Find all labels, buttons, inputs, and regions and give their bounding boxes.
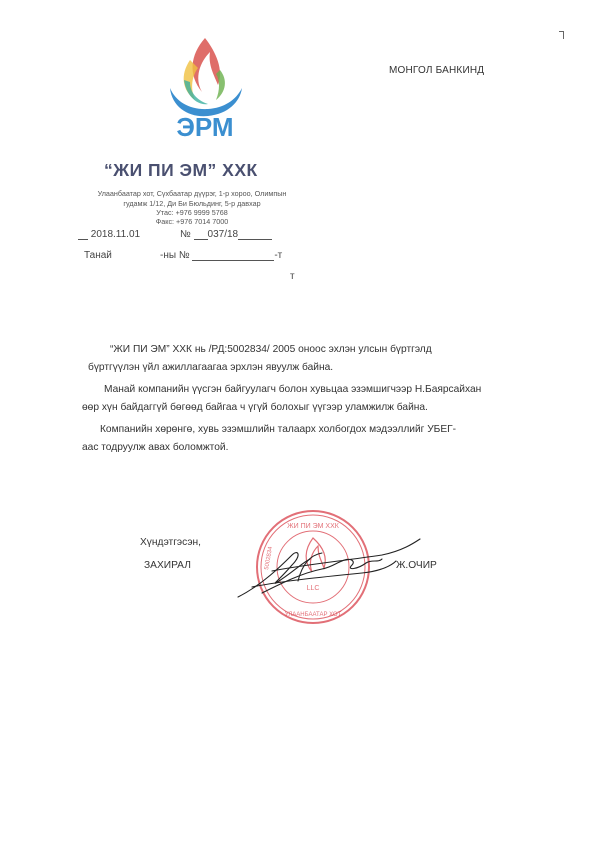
flame-logo-icon bbox=[170, 38, 242, 116]
number-label: № bbox=[180, 229, 191, 240]
reply-prefix: Танай bbox=[84, 250, 112, 261]
letter-date-field: 2018.11.01 bbox=[78, 229, 140, 240]
seal-text-bottom: УЛААНБААТАР ХОТ bbox=[285, 612, 342, 618]
phone-line: Утас: +976 9999 5768 bbox=[82, 208, 302, 217]
paragraph-1-line-2: бүртгүүлэн үйл ажиллагаагаа эрхлэн явуул… bbox=[88, 362, 333, 373]
company-name: “ЖИ ПИ ЭМ” ХХК bbox=[104, 160, 258, 181]
reply-reference-field: -ны № -т bbox=[160, 250, 282, 261]
reply-mid: -ны № bbox=[160, 250, 190, 261]
corner-mark bbox=[559, 31, 564, 39]
address-line: Улаанбаатар хот, Сүхбаатар дүүрэг, 1-р х… bbox=[82, 189, 302, 198]
letter-number-field: № 037/18 bbox=[180, 229, 272, 240]
handwritten-signature bbox=[232, 525, 422, 605]
reply-underline bbox=[192, 250, 274, 261]
paragraph-3-line-1: Компанийн хөрөнгө, хувь эзэмшлийн талаар… bbox=[100, 424, 456, 435]
recipient: МОНГОЛ БАНКИНД bbox=[389, 65, 484, 76]
fax-line: Факс: +976 7014 7000 bbox=[82, 217, 302, 226]
company-logo: ЭРМ bbox=[150, 30, 260, 140]
number-underline bbox=[194, 229, 208, 240]
closing-salutation: Хүндэтгэсэн, bbox=[140, 537, 201, 548]
letter-number: 037/18 bbox=[208, 229, 239, 240]
paragraph-3-line-2: аас тодруулж авах боломжтой. bbox=[82, 442, 228, 453]
signer-title: ЗАХИРАЛ bbox=[144, 560, 191, 571]
address-line: гудамж 1/12, Ди Би Бюльдинг, 5-р давхар bbox=[82, 199, 302, 208]
logo-text: ЭРМ bbox=[176, 112, 233, 140]
date-underline bbox=[78, 229, 88, 240]
paragraph-1-line-1: “ЖИ ПИ ЭМ” ХХК нь /РД:5002834/ 2005 оноо… bbox=[110, 344, 432, 355]
paragraph-2-line-2: өөр хүн байдаггүй бөгөөд байгаа ч үгүй б… bbox=[82, 402, 428, 413]
paragraph-2-line-1: Манай компанийн үүсгэн байгуулагч болон … bbox=[104, 384, 481, 395]
reply-suffix: -т bbox=[274, 250, 282, 261]
closing-mark: т bbox=[290, 271, 295, 282]
letter-date: 2018.11.01 bbox=[91, 229, 140, 240]
number-underline bbox=[238, 229, 272, 240]
